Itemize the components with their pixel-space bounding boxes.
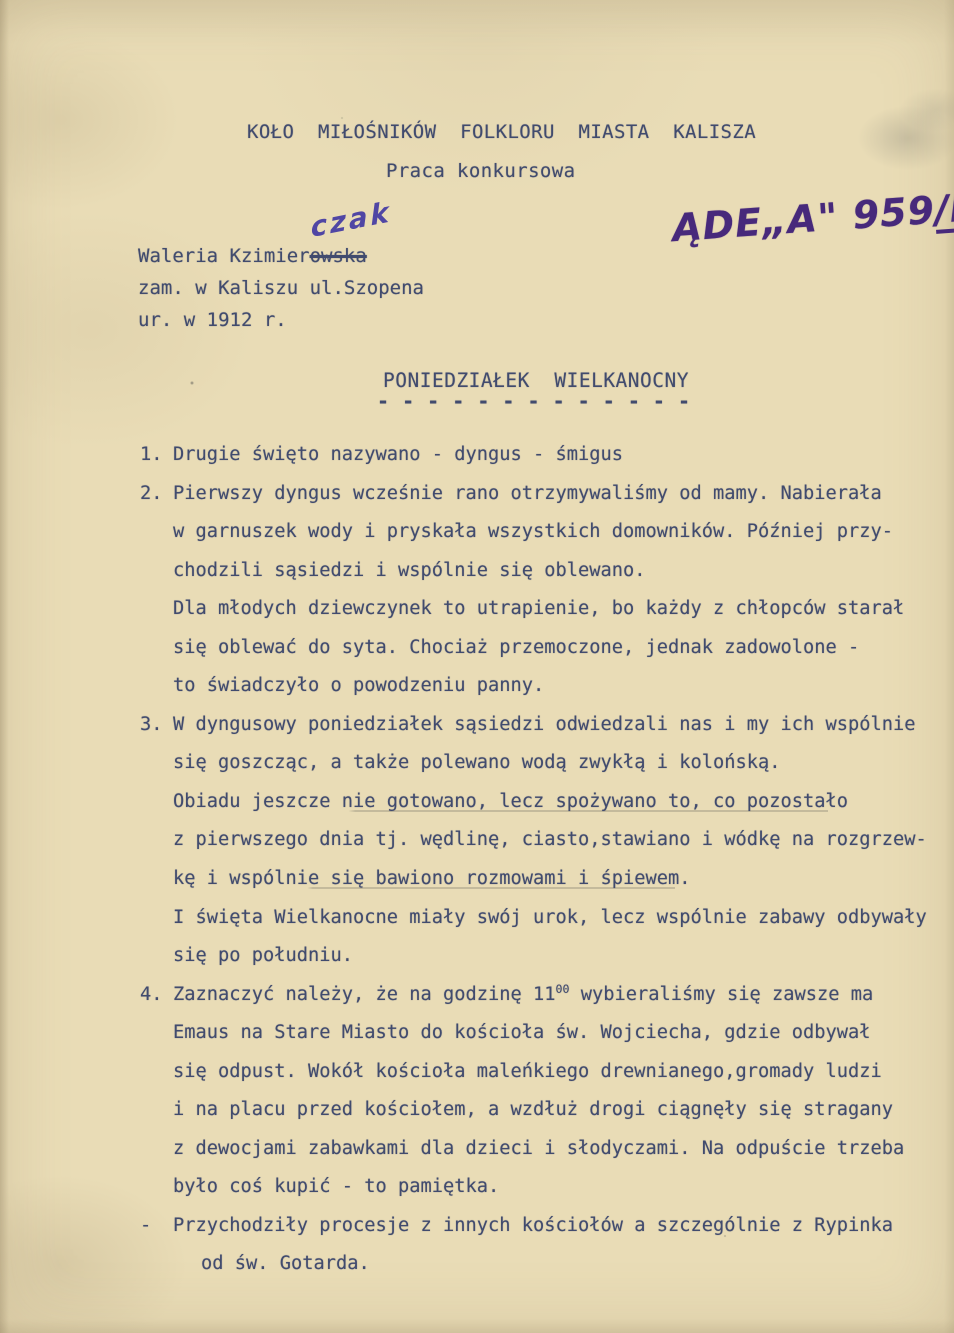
document-line: Emaus na Stare Miasto do kościoła św. Wo…: [140, 1022, 927, 1061]
document-line: Obiadu jeszcze nie gotowano, lecz spożyw…: [140, 791, 927, 830]
document-line: -Przychodziły procesje z innych kościołó…: [140, 1215, 927, 1254]
line-text: z pierwszego dnia tj. wędlinę, ciasto,st…: [173, 829, 927, 850]
archive-mark-suffix: /I: [933, 189, 954, 234]
document-line: kę i wspólnie się bawiono rozmowami i śp…: [140, 868, 927, 907]
line-marker: 1.: [140, 444, 173, 465]
document-line: i na placu przed kościołem, a wzdłuż dro…: [140, 1099, 927, 1138]
document-line: się po południu.: [140, 945, 927, 984]
author-name-struck-suffix: owska: [310, 245, 367, 267]
document-line: się oblewać do syta. Chociaż przemoczone…: [140, 637, 927, 676]
document-line: 2.Pierwszy dyngus wcześnie rano otrzymyw…: [140, 483, 927, 522]
line-marker: 2.: [140, 483, 173, 504]
line-text: z dewocjami zabawkami dla dzieci i słody…: [173, 1138, 904, 1159]
author-name: Waleria Kzimier: [138, 245, 310, 267]
organization-title: KOŁO MIŁOŚNIKÓW FOLKLORU MIASTA KALISZA: [247, 121, 756, 143]
line-text: się oblewać do syta. Chociaż przemoczone…: [173, 637, 859, 658]
line-text: się odpust. Wokół kościoła maleńkiego dr…: [173, 1061, 882, 1082]
line-text: Przychodziły procesje z innych kościołów…: [173, 1215, 893, 1236]
author-address-line: zam. w Kaliszu ul.Szopena: [138, 272, 424, 304]
line-text: to świadczyło o powodzeniu panny.: [173, 675, 544, 696]
document-line: 1.Drugie święto nazywano - dyngus - śmig…: [140, 444, 927, 483]
line-text: się po południu.: [173, 945, 353, 966]
document-line: było coś kupić - to pamiętka.: [140, 1176, 927, 1215]
line-text: od św. Gotarda.: [173, 1253, 370, 1274]
line-text: i na placu przed kościołem, a wzdłuż dro…: [173, 1099, 893, 1120]
scanned-page: KOŁO MIŁOŚNIKÓW FOLKLORU MIASTA KALISZA …: [0, 0, 954, 1333]
document-line: się goszcząc, a także polewano wodą zwyk…: [140, 752, 927, 791]
work-type-subtitle: Praca konkursowa: [386, 160, 575, 182]
line-text: I święta Wielkanocne miały swój urok, le…: [173, 907, 927, 928]
document-line: I święta Wielkanocne miały swój urok, le…: [140, 907, 927, 946]
document-line: to świadczyło o powodzeniu panny.: [140, 675, 927, 714]
line-text: w garnuszek wody i pryskała wszystkich d…: [173, 521, 893, 542]
line-text: Pierwszy dyngus wcześnie rano otrzymywal…: [173, 483, 882, 504]
line-marker: 3.: [140, 714, 173, 735]
line-text: Emaus na Stare Miasto do kościoła św. Wo…: [173, 1022, 871, 1043]
line-text: Zaznaczyć należy, że na godzinę 1100 wyb…: [173, 984, 873, 1005]
handwritten-name-correction: czak: [310, 196, 393, 244]
line-text: Drugie święto nazywano - dyngus - śmigus: [173, 444, 623, 465]
author-birth-line: ur. w 1912 r.: [138, 304, 424, 336]
line-marker: -: [140, 1215, 173, 1236]
section-title-dashed-underline: - - - - - - - - - - - - -: [377, 389, 691, 413]
line-marker: 4.: [140, 984, 173, 1005]
document-line: od św. Gotarda.: [140, 1253, 927, 1292]
document-line: 4.Zaznaczyć należy, że na godzinę 1100 w…: [140, 984, 927, 1023]
document-line: chodzili sąsiedzi i wspólnie się oblewan…: [140, 560, 927, 599]
document-line: się odpust. Wokół kościoła maleńkiego dr…: [140, 1061, 927, 1100]
handwritten-archive-mark: ĄDE„A" 959/I: [671, 186, 954, 252]
line-text: się goszcząc, a także polewano wodą zwyk…: [173, 752, 781, 773]
line-text: Dla młodych dziewczynek to utrapienie, b…: [173, 598, 904, 619]
line-text: Obiadu jeszcze nie gotowano, lecz spożyw…: [173, 791, 848, 812]
archive-mark-text: ĄDE„A" 959: [671, 188, 937, 250]
document-line: z pierwszego dnia tj. wędlinę, ciasto,st…: [140, 829, 927, 868]
document-line: 3.W dyngusowy poniedziałek sąsiedzi odwi…: [140, 714, 927, 753]
author-block: czak Waleria Kzimierowska zam. w Kaliszu…: [138, 240, 424, 336]
superscript-time: 00: [556, 981, 570, 995]
line-text: było coś kupić - to pamiętka.: [173, 1176, 499, 1197]
document-line: z dewocjami zabawkami dla dzieci i słody…: [140, 1138, 927, 1177]
document-line: w garnuszek wody i pryskała wszystkich d…: [140, 521, 927, 560]
line-text: W dyngusowy poniedziałek sąsiedzi odwied…: [173, 714, 916, 735]
author-name-line: Waleria Kzimierowska: [138, 240, 424, 272]
line-text: kę i wspólnie się bawiono rozmowami i śp…: [173, 868, 691, 889]
document-line: Dla młodych dziewczynek to utrapienie, b…: [140, 598, 927, 637]
document-body: 1.Drugie święto nazywano - dyngus - śmig…: [140, 444, 927, 1292]
line-text: chodzili sąsiedzi i wspólnie się oblewan…: [173, 560, 646, 581]
